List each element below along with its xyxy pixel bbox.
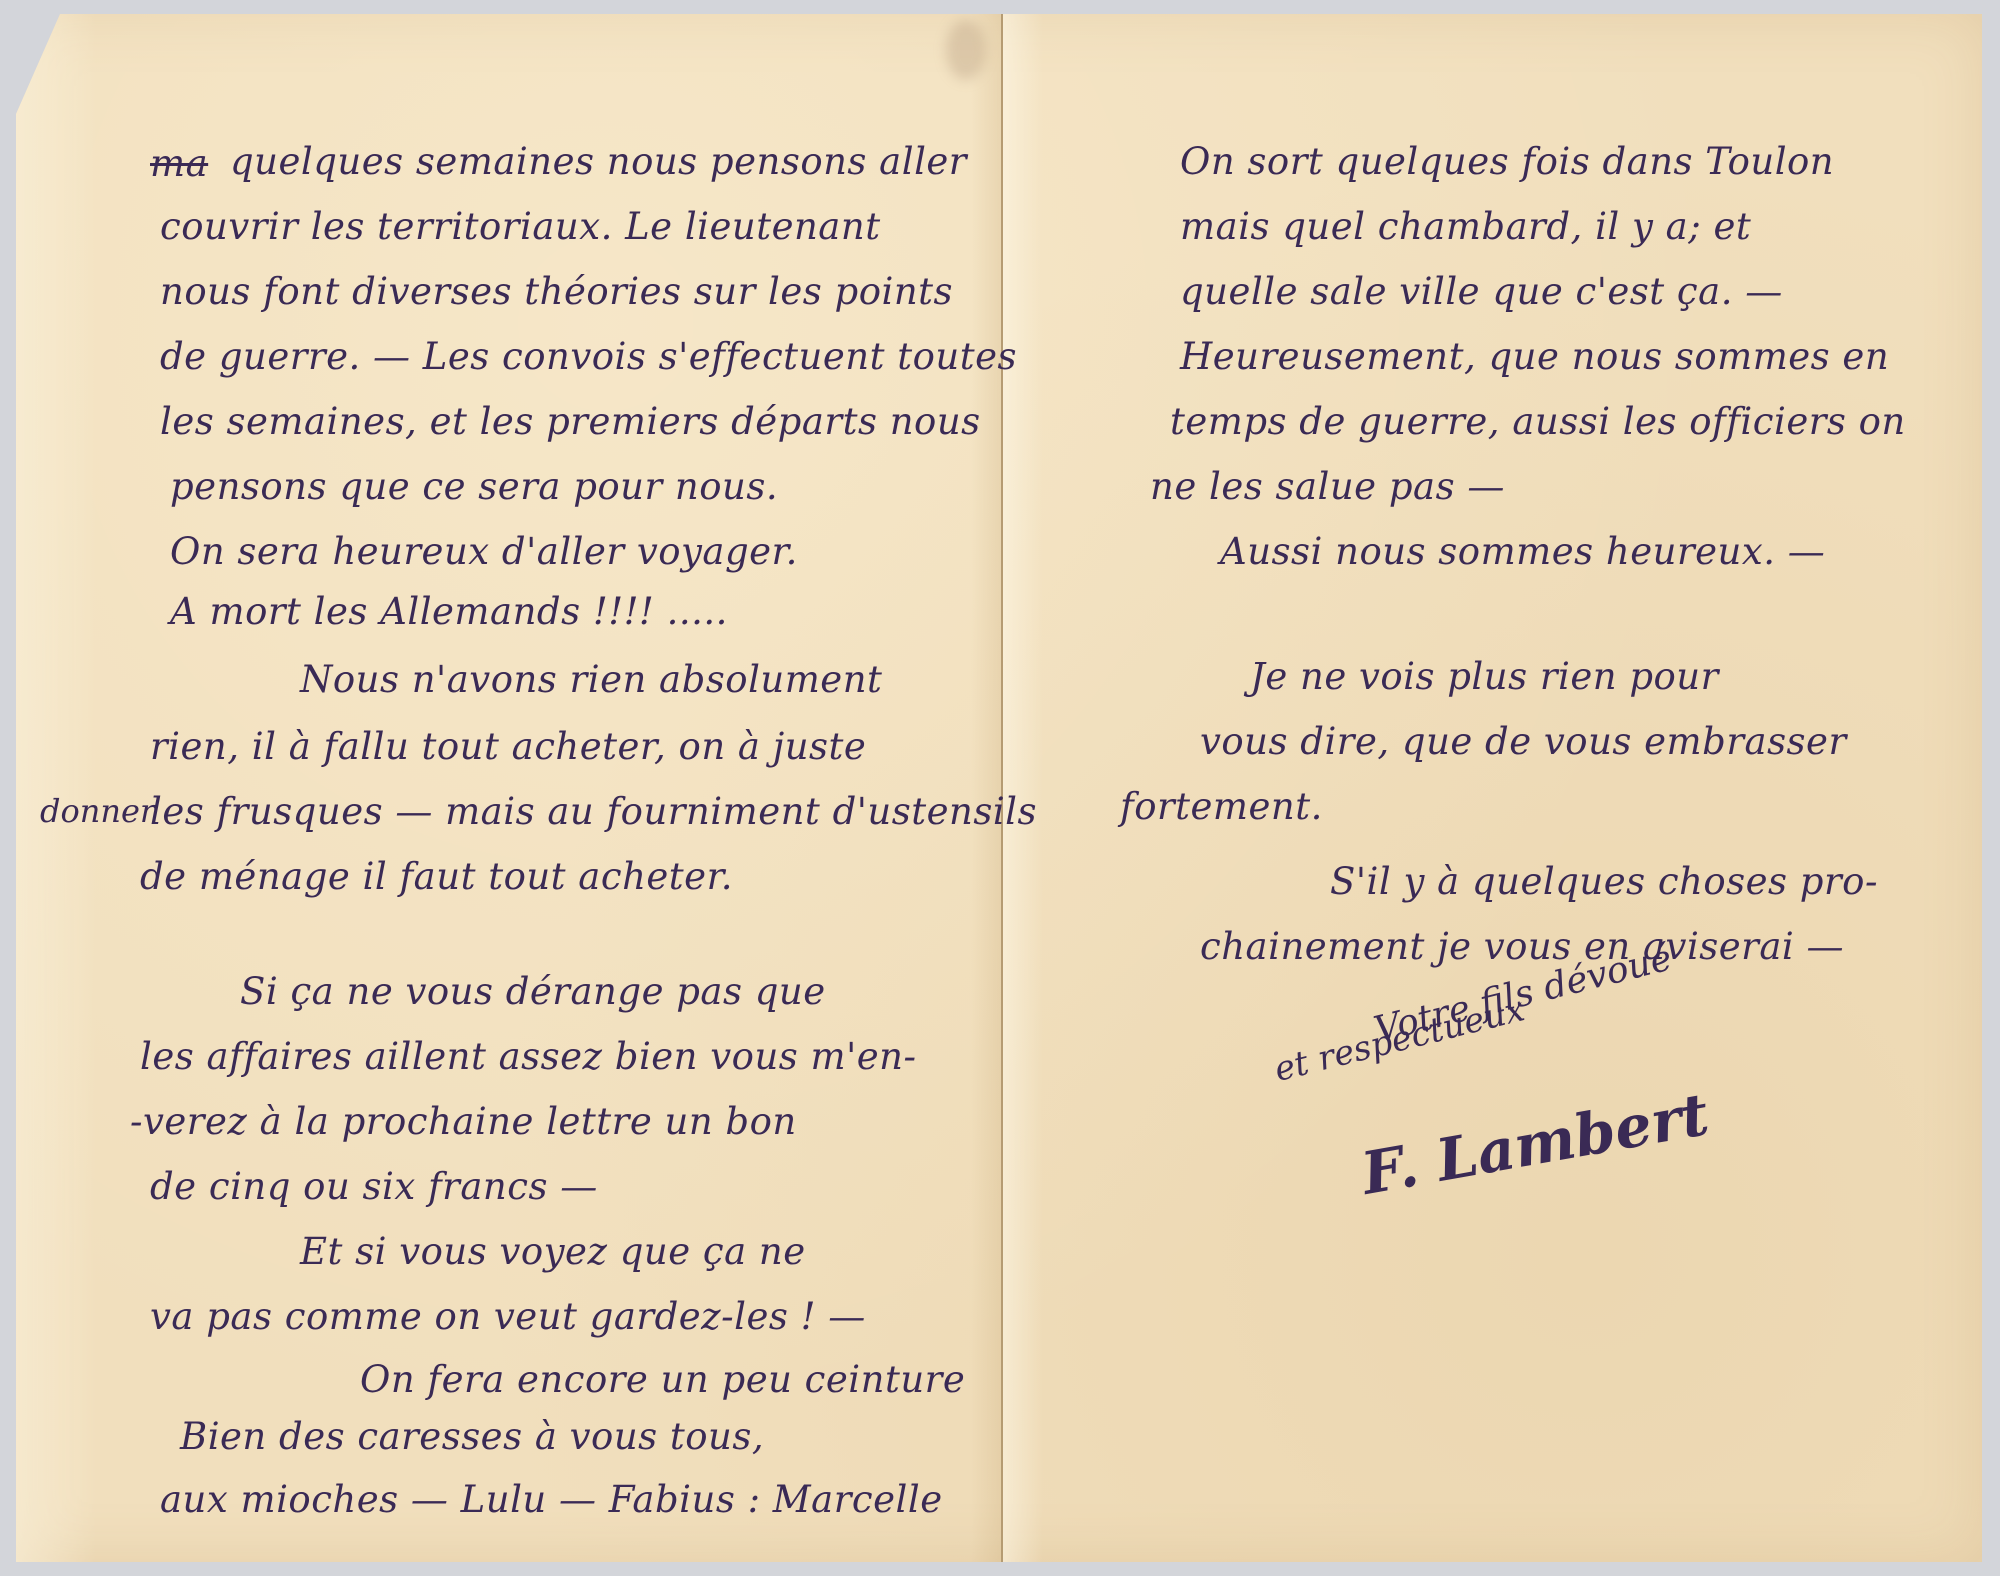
margin-note: donner: [40, 792, 155, 830]
text-line: pensons que ce sera pour nous.: [170, 465, 778, 508]
text-line: les semaines, et les premiers départs no…: [160, 400, 981, 443]
text-line: quelques semaines nous pensons aller: [230, 140, 967, 183]
text-line: A mort les Allemands !!!! .....: [170, 590, 728, 633]
text-line: les frusques — mais au fourniment d'uste…: [150, 790, 1037, 833]
text-line: S'il y à quelques choses pro-: [1330, 860, 1878, 903]
text-line: de guerre. — Les convois s'effectuent to…: [160, 335, 1017, 378]
text-line: On sera heureux d'aller voyager.: [170, 530, 798, 573]
text-line: Bien des caresses à vous tous,: [180, 1415, 764, 1458]
fold-shadow: [971, 14, 1001, 1562]
text-line: Nous n'avons rien absolument: [300, 658, 882, 701]
text-line: vous dire, que de vous embrasser: [1200, 720, 1847, 763]
text-line: mais quel chambard, il y a; et: [1180, 205, 1751, 248]
fold-highlight: [1003, 14, 1043, 1562]
text-line: couvrir les territoriaux. Le lieutenant: [160, 205, 881, 248]
text-line: Et si vous voyez que ça ne: [300, 1230, 806, 1273]
text-line: les affaires aillent assez bien vous m'e…: [140, 1035, 917, 1078]
text-line: quelle sale ville que c'est ça. —: [1180, 270, 1783, 313]
folded-corner: [16, 14, 96, 1562]
text-line: Je ne vois plus rien pour: [1250, 655, 1719, 698]
text-line: rien, il à fallu tout acheter, on à just…: [150, 725, 866, 768]
text-line: -verez à la prochaine lettre un bon: [130, 1100, 797, 1143]
text-line: Aussi nous sommes heureux. —: [1220, 530, 1825, 573]
text-line: nous font diverses théories sur les poin…: [160, 270, 953, 313]
text-line: Si ça ne vous dérange pas que: [240, 970, 826, 1013]
text-line: On sort quelques fois dans Toulon: [1180, 140, 1834, 183]
text-line: de ménage il faut tout acheter.: [140, 855, 733, 898]
text-line: de cinq ou six francs —: [150, 1165, 598, 1208]
text-line: chainement je vous en aviserai —: [1200, 925, 1844, 968]
text-line: fortement.: [1120, 785, 1323, 828]
text-line: On fera encore un peu ceinture: [360, 1358, 965, 1401]
text-line: Heureusement, que nous sommes en: [1180, 335, 1889, 378]
text-line: va pas comme on veut gardez-les ! —: [150, 1295, 866, 1338]
text-line: ne les salue pas —: [1150, 465, 1505, 508]
struck-prefix: ma: [150, 142, 208, 185]
text-line: temps de guerre, aussi les officiers on: [1170, 400, 1906, 443]
text-line: aux mioches — Lulu — Fabius : Marcelle: [160, 1478, 943, 1521]
